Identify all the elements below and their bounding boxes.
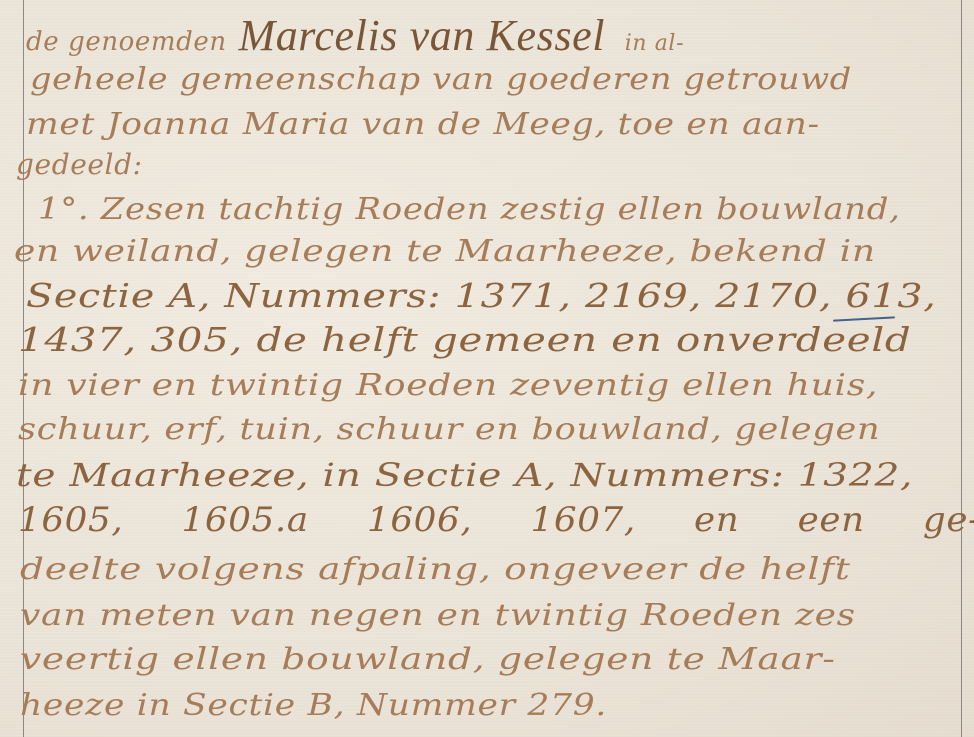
- person-name-heading: Marcelis van Kessel: [238, 11, 605, 60]
- deed-line-13: deelte volgens afpaling, ongeveer de hel…: [20, 552, 685, 587]
- line-3-text: met Joanna Maria van de Meeg, toe en aan…: [26, 107, 820, 142]
- deed-line-7: Sectie A, Nummers: 1371, 2169, 2170, 613…: [26, 276, 785, 315]
- line-2-text: geheele gemeenschap van goederen getrouw…: [30, 62, 852, 97]
- deed-line-3: met Joanna Maria van de Meeg, toe en aan…: [26, 107, 716, 142]
- deed-line-6: en weiland, gelegen te Maarheeze, bekend…: [14, 234, 732, 269]
- line-10-text: schuur, erf, tuin, schuur en bouwland, g…: [18, 412, 880, 447]
- deed-line-5: 1°. Zesen tachtig Roeden zestig ellen bo…: [38, 192, 801, 227]
- deed-line-8: 1437, 305, de helft gemeen en onverdeeld: [18, 320, 750, 359]
- line-16-text: heeze in Sectie B, Nummer 279.: [20, 688, 607, 723]
- deed-line-9: in vier en twintig Roeden zeventig ellen…: [18, 368, 735, 403]
- deed-line-10: schuur, erf, tuin, schuur en bouwland, g…: [18, 412, 755, 447]
- deed-line-15: veertig ellen bouwland, gelegen te Maar-: [20, 642, 673, 677]
- deed-line-1: de genoemden Marcelis van Kessel in al-: [26, 10, 684, 61]
- line-14-text: van meten van negen en twintig Roeden ze…: [20, 598, 856, 633]
- line-12-text: 1605, 1605.a 1606, 1607, en een ge-: [18, 500, 974, 540]
- line-9-text: in vier en twintig Roeden zeventig ellen…: [18, 368, 878, 403]
- line-5-text: 1°. Zesen tachtig Roeden zestig ellen bo…: [38, 192, 901, 227]
- deed-line-16: heeze in Sectie B, Nummer 279.: [20, 688, 530, 723]
- line-15-text: veertig ellen bouwland, gelegen te Maar-: [20, 642, 836, 677]
- deed-line-2: geheele gemeenschap van goederen getrouw…: [30, 62, 764, 97]
- line-1-suffix: in al-: [625, 31, 684, 56]
- line-6-text: en weiland, gelegen te Maarheeze, bekend…: [14, 234, 876, 269]
- line-13-text: deelte volgens afpaling, ongeveer de hel…: [20, 552, 851, 587]
- line-11-text: te Maarheeze, in Sectie A, Nummers: 1322…: [16, 456, 913, 494]
- line-7-text: Sectie A, Nummers: 1371, 2169, 2170, 613…: [26, 276, 937, 315]
- line-1-prefix: de genoemden: [26, 27, 227, 57]
- deed-line-14: van meten van negen en twintig Roeden ze…: [20, 598, 717, 633]
- line-4-text: gedeeld:: [16, 148, 143, 181]
- deed-line-4: gedeeld:: [16, 148, 143, 181]
- deed-line-12: 1605, 1605.a 1606, 1607, en een ge-: [18, 500, 935, 540]
- right-margin-rule: [961, 0, 962, 737]
- line-8-text: 1437, 305, de helft gemeen en onverdeeld: [18, 320, 911, 359]
- deed-line-11: te Maarheeze, in Sectie A, Nummers: 1322…: [16, 456, 751, 494]
